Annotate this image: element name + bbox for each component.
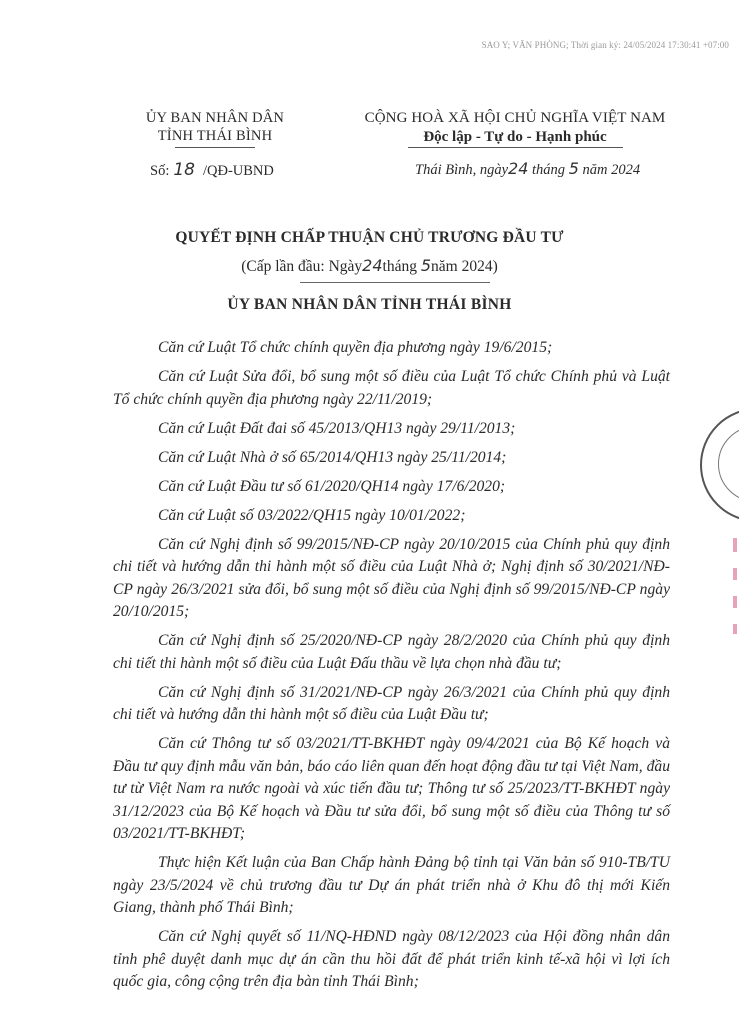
year-label: năm 2024: [583, 162, 641, 178]
preamble-item: Căn cứ Luật Đầu tư số 61/2020/QH14 ngày …: [113, 476, 670, 499]
date-day: 24: [508, 159, 528, 178]
preamble-item: Căn cứ Nghị định số 99/2015/NĐ-CP ngày 2…: [113, 534, 670, 624]
issuer-line-1: ỦY BAN NHÂN DÂN: [120, 109, 310, 127]
preamble-item: Căn cứ Luật số 03/2022/QH15 ngày 10/01/2…: [113, 505, 670, 528]
month-label: tháng: [532, 162, 565, 178]
number-label: Số:: [150, 163, 169, 179]
issuer-underline: [175, 147, 255, 148]
subtitle-underline: [300, 282, 490, 283]
nation-name: CỘNG HOÀ XÃ HỘI CHỦ NGHĨA VIỆT NAM: [345, 109, 685, 127]
preamble-item: Căn cứ Nghị quyết số 11/NQ-HĐND ngày 08/…: [113, 926, 670, 994]
red-stamp-fragment: [733, 624, 737, 634]
number-suffix: /QĐ-UBND: [203, 163, 274, 179]
subtitle-month: 5: [421, 256, 431, 275]
preamble-item: Căn cứ Luật Sửa đổi, bổ sung một số điều…: [113, 366, 670, 411]
place-prefix: Thái Bình, ngày: [415, 162, 508, 178]
subtitle-suffix: năm 2024): [431, 258, 498, 275]
national-header: CỘNG HOÀ XÃ HỘI CHỦ NGHĨA VIỆT NAM Độc l…: [345, 109, 685, 148]
national-motto: Độc lập - Tự do - Hạnh phúc: [345, 127, 685, 147]
red-stamp-fragment: [733, 538, 737, 552]
preamble-item: Căn cứ Nghị định số 31/2021/NĐ-CP ngày 2…: [113, 682, 670, 727]
document-title: QUYẾT ĐỊNH CHẤP THUẬN CHỦ TRƯƠNG ĐẦU TƯ: [0, 229, 739, 247]
issuing-authority: ỦY BAN NHÂN DÂN TỈNH THÁI BÌNH: [0, 296, 739, 314]
preamble-item: Căn cứ Luật Đất đai số 45/2013/QH13 ngày…: [113, 418, 670, 441]
subtitle-month-label: tháng: [383, 258, 417, 275]
preamble: Căn cứ Luật Tổ chức chính quyền địa phươ…: [113, 337, 670, 1000]
document-subtitle: (Cấp lần đầu: Ngày24tháng 5năm 2024): [0, 256, 739, 276]
subtitle-day: 24: [362, 256, 382, 275]
place-and-date: Thái Bình, ngày24 tháng 5 năm 2024: [415, 159, 640, 179]
preamble-item: Căn cứ Luật Nhà ở số 65/2014/QH13 ngày 2…: [113, 447, 670, 470]
preamble-item: Thực hiện Kết luận của Ban Chấp hành Đản…: [113, 852, 670, 920]
preamble-item: Căn cứ Luật Tổ chức chính quyền địa phươ…: [113, 337, 670, 360]
issuer-line-2: TỈNH THÁI BÌNH: [120, 127, 310, 145]
issuer-block: ỦY BAN NHÂN DÂN TỈNH THÁI BÌNH: [120, 109, 310, 148]
document-number: Số:18/QĐ-UBND: [150, 160, 274, 180]
date-month: 5: [569, 159, 579, 178]
digital-signature-stamp: SAO Y; VĂN PHÒNG; Thời gian ký: 24/05/20…: [482, 40, 729, 50]
motto-underline: [408, 147, 623, 148]
subtitle-prefix: (Cấp lần đầu: Ngày: [241, 258, 362, 275]
number-value: 18: [173, 160, 195, 180]
red-stamp-fragment: [733, 596, 737, 608]
preamble-item: Căn cứ Nghị định số 25/2020/NĐ-CP ngày 2…: [113, 630, 670, 675]
red-stamp-fragment: [733, 568, 737, 580]
preamble-item: Căn cứ Thông tư số 03/2021/TT-BKHĐT ngày…: [113, 733, 670, 846]
